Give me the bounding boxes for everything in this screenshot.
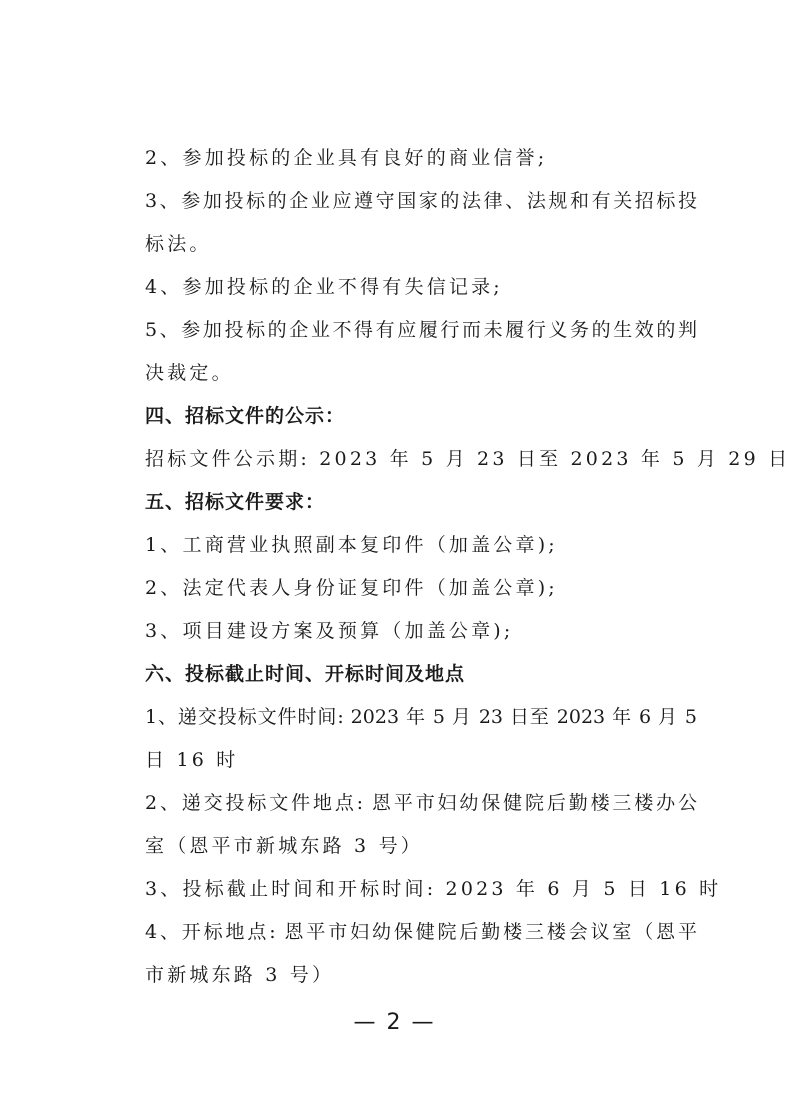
section-heading-6: 六、投标截止时间、开标时间及地点	[145, 656, 697, 699]
requirement-3-continuation: 标法。	[145, 226, 697, 269]
submission-time-continuation: 日 16 时	[145, 742, 697, 785]
requirement-2: 2、参加投标的企业具有良好的商业信誉;	[145, 140, 697, 183]
doc-requirement-1: 1、工商营业执照副本复印件（加盖公章);	[145, 527, 697, 570]
submission-location-continuation: 室（恩平市新城东路 3 号）	[145, 828, 697, 871]
doc-requirement-2: 2、法定代表人身份证复印件（加盖公章);	[145, 570, 697, 613]
deadline-and-opening-time: 3、投标截止时间和开标时间: 2023 年 6 月 5 日 16 时	[145, 871, 697, 914]
section-heading-5: 五、招标文件要求：	[145, 484, 697, 527]
page-number: — 2 —	[0, 1010, 789, 1035]
publicity-period: 招标文件公示期: 2023 年 5 月 23 日至 2023 年 5 月 29 …	[145, 441, 697, 484]
section-heading-4: 四、招标文件的公示：	[145, 398, 697, 441]
doc-requirement-3: 3、项目建设方案及预算（加盖公章);	[145, 613, 697, 656]
requirement-4: 4、参加投标的企业不得有失信记录;	[145, 269, 697, 312]
submission-location: 2、递交投标文件地点: 恩平市妇幼保健院后勤楼三楼办公	[145, 785, 697, 828]
submission-time: 1、递交投标文件时间: 2023 年 5 月 23 日至 2023 年 6 月 …	[145, 699, 697, 742]
document-body: 2、参加投标的企业具有良好的商业信誉; 3、参加投标的企业应遵守国家的法律、法规…	[145, 140, 697, 1000]
requirement-3: 3、参加投标的企业应遵守国家的法律、法规和有关招标投	[145, 183, 697, 226]
requirement-5: 5、参加投标的企业不得有应履行而未履行义务的生效的判	[145, 312, 697, 355]
requirement-5-continuation: 决裁定。	[145, 355, 697, 398]
opening-location-continuation: 市新城东路 3 号）	[145, 957, 697, 1000]
opening-location: 4、开标地点: 恩平市妇幼保健院后勤楼三楼会议室（恩平	[145, 914, 697, 957]
